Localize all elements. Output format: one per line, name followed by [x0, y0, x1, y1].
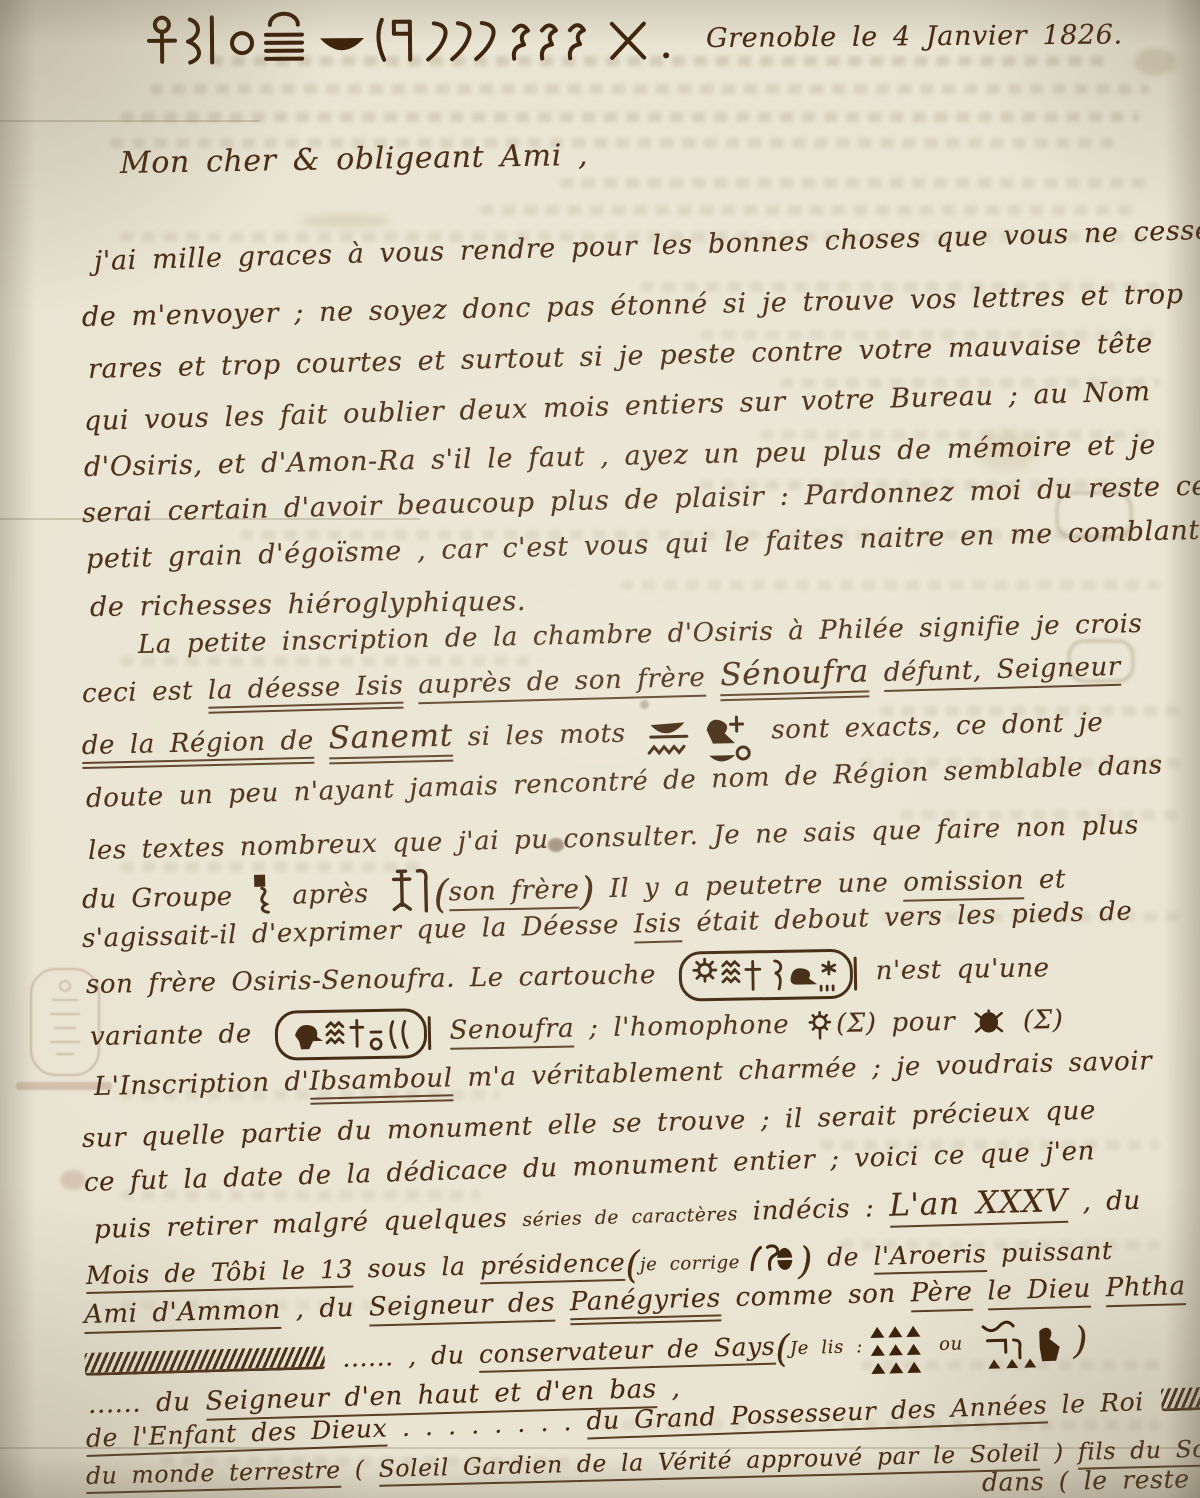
- text-segment: [868, 658, 884, 688]
- text-segment: qui vous les fait oublier deux mois enti…: [84, 376, 1152, 437]
- underlined-phrase: Sanemt: [328, 718, 453, 765]
- text-segment: [555, 1287, 571, 1317]
- underlined-phrase: Phtha: [1105, 1271, 1186, 1307]
- underlined-phrase: L'an XXXV: [889, 1183, 1068, 1228]
- underlined-phrase: Père: [910, 1277, 973, 1313]
- text-segment: le reste manque: [1083, 1462, 1200, 1495]
- text-segment: [403, 670, 419, 700]
- text-segment: rares et trop courtes et surtout si je p…: [88, 328, 1154, 385]
- text-segment: et: [1024, 864, 1067, 895]
- text-segment: ceci est: [82, 676, 209, 709]
- letter-line-9: de richesses hiéroglyphiques.: [90, 586, 527, 623]
- underlined-phrase: Ibsamboul: [309, 1063, 453, 1104]
- letter-body: Grenoble le 4 Janvier 1826.Mon cher & ob…: [0, 0, 1200, 1498]
- says-b-icon: [978, 1314, 1070, 1374]
- text-segment: (Σ) pour: [836, 1007, 971, 1039]
- text-segment: (: [340, 1455, 379, 1484]
- letter-line-4: rares et trop courtes et surtout si je p…: [88, 328, 1154, 385]
- text-segment: sous la: [353, 1251, 481, 1283]
- underlined-phrase: la déesse Isis: [208, 671, 404, 714]
- underlined-phrase: présidence: [480, 1248, 626, 1285]
- header-hieroglyphs-icon: [142, 7, 702, 68]
- text-segment: puissant: [986, 1236, 1113, 1268]
- text-segment: (Σ): [1008, 1005, 1064, 1036]
- cartouche-senoufra-b-icon: [274, 1008, 427, 1061]
- text-segment: . . . . . . . .: [387, 1407, 587, 1443]
- text-segment: du Groupe: [82, 882, 248, 915]
- text-segment: séries de caractères: [522, 1204, 738, 1231]
- text-segment: sont exacts, ce dont je: [756, 708, 1104, 746]
- underlined-phrase: défunt, Seigneur: [883, 652, 1121, 692]
- text-segment: ou: [927, 1333, 976, 1355]
- homophone-flower-icon: [808, 1010, 833, 1040]
- text-segment: ): [1040, 1438, 1079, 1467]
- text-segment: ): [579, 869, 595, 914]
- underlined-phrase: Sénoufra: [720, 653, 870, 701]
- text-segment: ): [797, 1238, 813, 1282]
- salutation: Mon cher & obligeant Ami ,: [120, 138, 589, 181]
- text-segment: après: [277, 879, 384, 911]
- text-segment: ...... du: [88, 1387, 206, 1420]
- scribbled-out-text: [84, 1346, 325, 1376]
- group-sign-icon: [251, 872, 274, 914]
- text-segment: (: [433, 872, 449, 917]
- text-segment: , du: [280, 1293, 369, 1325]
- underlined-phrase: de l'Enfant des Dieux: [85, 1413, 387, 1457]
- letter-line-29: dans ( le reste manque: [982, 1462, 1200, 1497]
- underlined-phrase: Senoufra: [449, 1014, 574, 1050]
- place-date: Grenoble le 4 Janvier 1826.: [706, 19, 1123, 54]
- scribbled-out-text: [1161, 1386, 1200, 1412]
- text-segment: [313, 725, 329, 755]
- says-a-icon: [866, 1321, 923, 1377]
- text-segment: n'est qu'une: [861, 953, 1050, 986]
- text-segment: (: [1044, 1466, 1084, 1496]
- text-segment: si les mots: [453, 718, 641, 752]
- corrige-sign-icon: [743, 1237, 794, 1280]
- text-segment: ...... , du: [327, 1340, 479, 1373]
- text-segment: L'Inscription d': [94, 1067, 310, 1102]
- underlined-phrase: conservateur de Says: [479, 1332, 776, 1373]
- text-segment: , du: [1067, 1186, 1141, 1218]
- text-segment: ,: [656, 1373, 681, 1404]
- underlined-phrase: omission: [903, 865, 1025, 902]
- underlined-phrase: dans: [982, 1467, 1045, 1498]
- text-segment: comme son: [720, 1278, 911, 1313]
- cartouche-senoufra-a-icon: [678, 949, 853, 1002]
- text-segment: ; l'homophone: [574, 1010, 804, 1044]
- text-segment: Je lis :: [790, 1336, 863, 1359]
- text-segment: variante de: [90, 1019, 267, 1052]
- text-segment: puis retirer malgré quelques: [94, 1203, 523, 1245]
- underlined-phrase: Isis: [633, 908, 682, 943]
- text-segment: Il y a peutetre une: [594, 868, 903, 904]
- underlined-phrase: Seigneur des: [368, 1288, 555, 1327]
- text-segment: [705, 662, 721, 692]
- manuscript-letter-page: Grenoble le 4 Janvier 1826.Mon cher & ob…: [0, 0, 1200, 1498]
- letter-line-2: j'ai mille graces à vous rendre pour les…: [94, 214, 1200, 277]
- underlined-phrase: son frère: [448, 875, 579, 912]
- underlined-phrase: de la Région de: [82, 726, 315, 769]
- underlined-phrase: auprès de son frère: [418, 663, 706, 705]
- text-segment: (: [775, 1326, 791, 1370]
- homophone-beetle-icon: [974, 1009, 1004, 1036]
- underlined-phrase: Mois de Tôbi le 13: [86, 1254, 354, 1294]
- text-segment: son frère Osiris-Senoufra. Le cartouche: [86, 960, 671, 1000]
- letter-line-5: qui vous les fait oublier deux mois enti…: [84, 376, 1152, 437]
- text-segment: [1090, 1273, 1106, 1303]
- text-segment: [972, 1276, 988, 1306]
- underlined-phrase: du monde terrestre: [86, 1456, 342, 1494]
- text-segment: [434, 1016, 449, 1046]
- mots-cluster-icon: [644, 707, 753, 769]
- underlined-phrase: Soleil Gardien de la Vérité approuvé par…: [378, 1439, 1040, 1487]
- letter-line-1: Mon cher & obligeant Ami ,: [120, 138, 589, 181]
- text-segment: de richesses hiéroglyphiques.: [90, 586, 527, 623]
- letter-line-0: Grenoble le 4 Janvier 1826.: [138, 3, 1123, 68]
- text-segment: de m'envoyer ; ne soyez donc pas étonné …: [82, 279, 1184, 333]
- text-segment: le Roi: [1047, 1387, 1159, 1420]
- text-segment: j'ai mille graces à vous rendre pour les…: [94, 214, 1200, 277]
- text-segment: indécis :: [737, 1193, 889, 1227]
- text-segment: je corrige: [640, 1252, 740, 1275]
- underlined-phrase: Ami d'Ammon: [84, 1295, 282, 1334]
- underlined-phrase: le Dieu: [987, 1274, 1091, 1311]
- frere-sign-icon: [387, 865, 430, 916]
- text-segment: de: [812, 1242, 874, 1272]
- underlined-phrase: l'Aroeris: [873, 1239, 987, 1275]
- text-segment: ): [1072, 1318, 1088, 1362]
- letter-line-3: de m'envoyer ; ne soyez donc pas étonné …: [82, 279, 1184, 333]
- text-segment: (: [625, 1242, 641, 1286]
- underlined-phrase: Panégyries: [570, 1283, 722, 1325]
